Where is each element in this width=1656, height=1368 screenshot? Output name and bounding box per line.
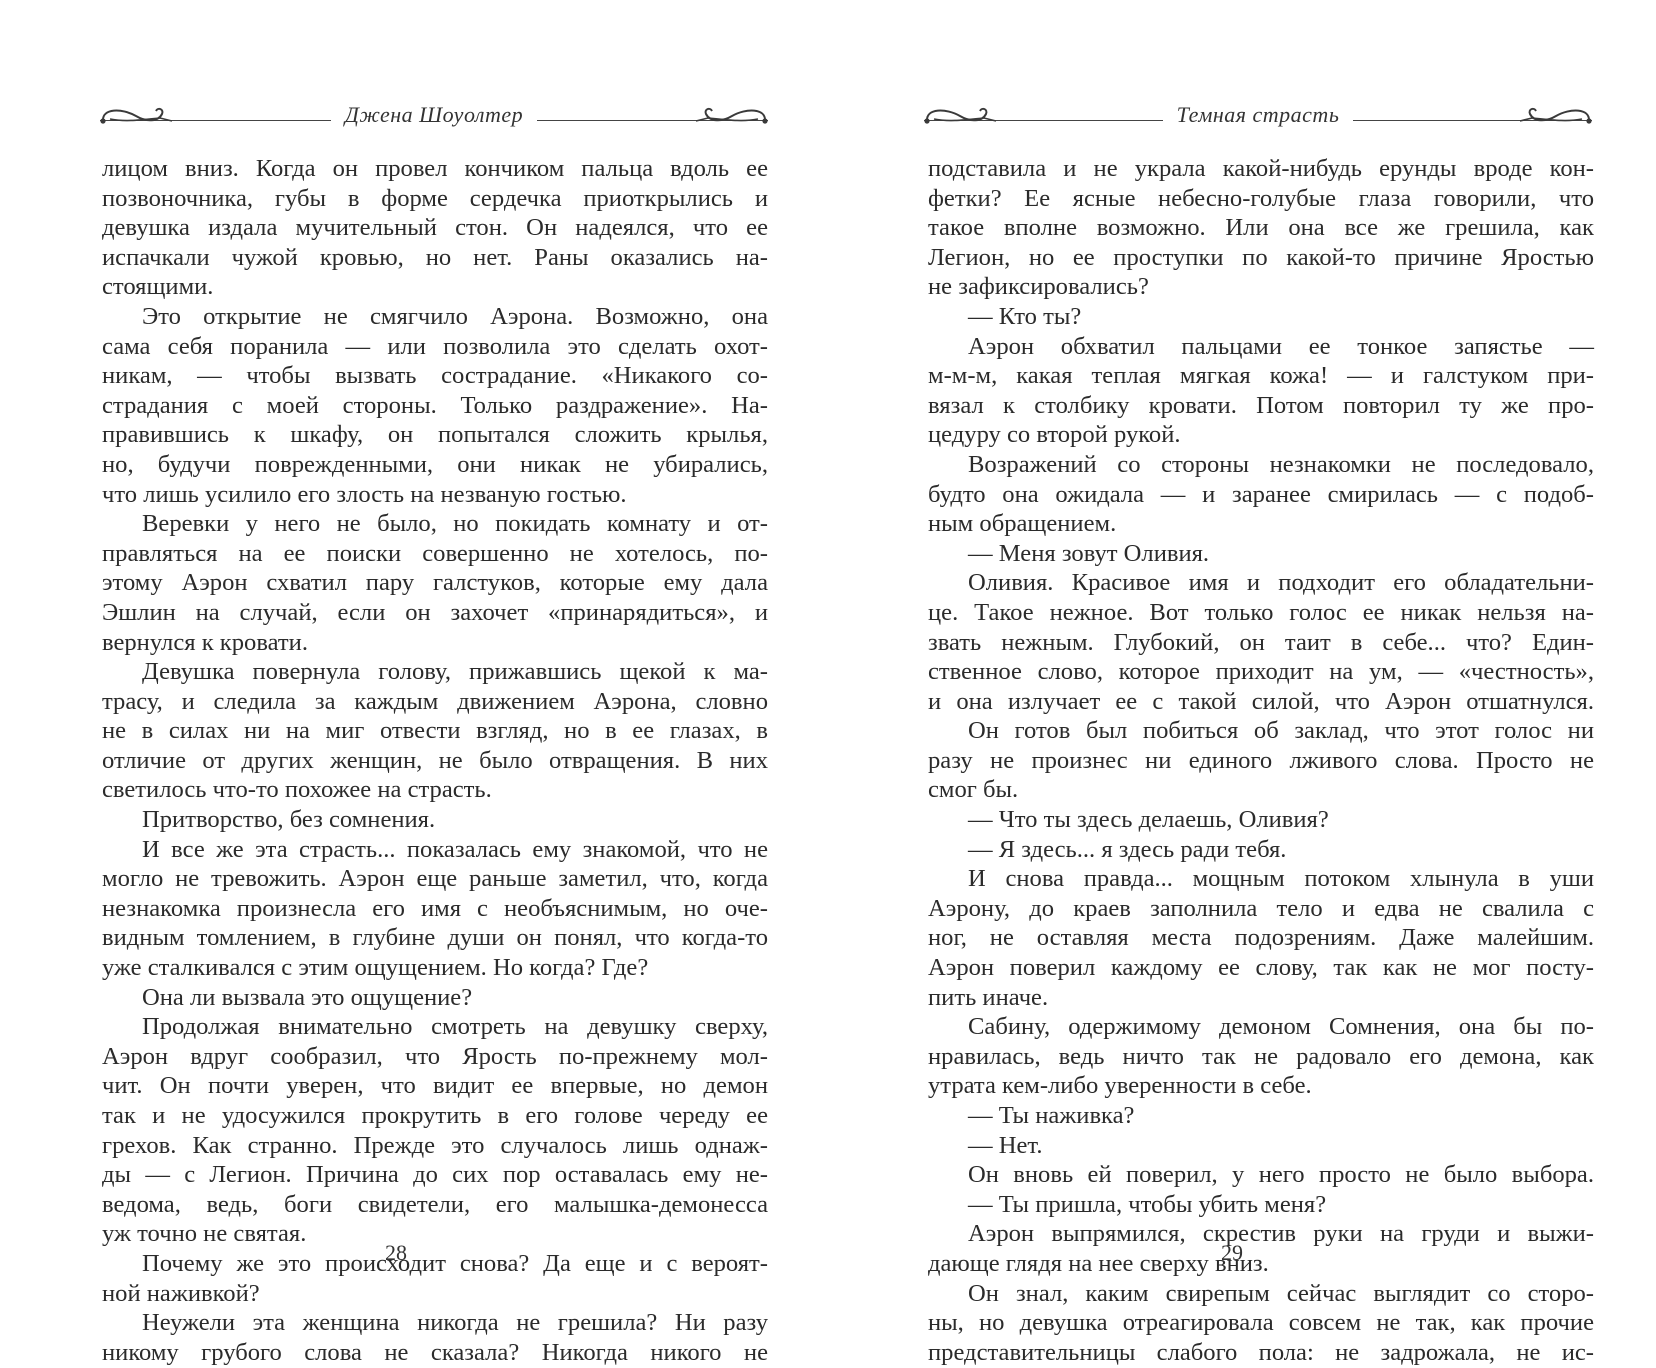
running-head: Темная страсть: [924, 96, 1592, 136]
text-line: Девушка повернула голову, прижавшись щек…: [102, 657, 768, 687]
text-line: позвоночника, губы в форме сердечка прио…: [102, 184, 768, 214]
text-line: такое вполне возможно. Или она все же гр…: [928, 213, 1594, 243]
text-line: видным томлением, в глубине души он поня…: [102, 923, 768, 953]
text-line: этому Аэрон схватил пару галстуков, кото…: [102, 568, 768, 598]
text-line: Аэрон обхватил пальцами ее тонкое запяст…: [928, 332, 1594, 362]
text-line: Оливия. Красивое имя и подходит его обла…: [928, 568, 1594, 598]
text-line: уже сталкивался с этим ощущением. Но ког…: [102, 953, 768, 983]
text-line: м-м-м, какая теплая мягкая кожа! — и гал…: [928, 361, 1594, 391]
text-line: отличие от других женщин, не было отвращ…: [102, 746, 768, 776]
text-line: Аэрону, до краев заполнила тело и едва н…: [928, 894, 1594, 924]
text-line: пить иначе.: [928, 983, 1594, 1013]
text-line: фетки? Ее ясные небесно-голубые глаза го…: [928, 184, 1594, 214]
text-line: — Нет.: [928, 1131, 1594, 1161]
text-line: никам, — чтобы вызвать сострадание. «Ник…: [102, 361, 768, 391]
text-line: стоящими.: [102, 272, 768, 302]
text-line: Аэрон вдруг сообразил, что Ярость по-пре…: [102, 1042, 768, 1072]
text-line: — Ты пришла, чтобы убить меня?: [928, 1190, 1594, 1220]
text-line: — Ты наживка?: [928, 1101, 1594, 1131]
text-line: вязал к столбику кровати. Потом повторил…: [928, 391, 1594, 421]
text-line: ственное слово, которое приходит на ум, …: [928, 657, 1594, 687]
text-line: и она излучает ее с такой силой, что Аэр…: [928, 687, 1594, 717]
text-line: Он вновь ей поверил, у него просто не бы…: [928, 1160, 1594, 1190]
text-line: утрата кем-либо уверенности в себе.: [928, 1071, 1594, 1101]
running-head: Джена Шоуолтер: [100, 96, 768, 136]
text-line: И снова правда... мощным потоком хлынула…: [928, 864, 1594, 894]
text-line: ной наживкой?: [102, 1279, 768, 1309]
text-line: так и не удосужился прокрутить в его гол…: [102, 1101, 768, 1131]
text-line: це. Такое нежное. Вот только голос ее ни…: [928, 598, 1594, 628]
text-line: трасу, и следила за каждым движением Аэр…: [102, 687, 768, 717]
text-line: правившись к шкафу, он попытался сложить…: [102, 420, 768, 450]
text-line: будто она ожидала — и заранее смирилась …: [928, 480, 1594, 510]
text-line: — Меня зовут Оливия.: [928, 539, 1594, 569]
left-page: Джена Шоуолтер лицом вниз. Когда он пров…: [0, 0, 828, 1368]
text-line: чит. Он почти уверен, что видит ее вперв…: [102, 1071, 768, 1101]
text-line: Он готов был побиться об заклад, что это…: [928, 716, 1594, 746]
text-line: Неужели эта женщина никогда не грешила? …: [102, 1308, 768, 1338]
text-line: представительницы слабого пола: не задро…: [928, 1338, 1594, 1368]
body-text: подставила и не украла какой-нибудь ерун…: [928, 154, 1594, 1367]
text-line: Притворство, без сомнения.: [102, 805, 768, 835]
text-line: страдания с моей стороны. Только раздраж…: [102, 391, 768, 421]
text-line: лицом вниз. Когда он провел кончиком пал…: [102, 154, 768, 184]
text-line: девушка издала мучительный стон. Он наде…: [102, 213, 768, 243]
body-text: лицом вниз. Когда он провел кончиком пал…: [102, 154, 768, 1367]
text-line: светилось что-то похожее на страсть.: [102, 775, 768, 805]
text-line: вернулся к кровати.: [102, 628, 768, 658]
page-number: 28: [0, 1240, 810, 1266]
text-line: цедуру со второй рукой.: [928, 420, 1594, 450]
text-line: не в силах ни на миг отвести взгляд, но …: [102, 716, 768, 746]
right-page: Темная страсть подставила и не украла ка…: [828, 0, 1656, 1368]
text-line: Она ли вызвала это ощущение?: [102, 983, 768, 1013]
text-line: Веревки у него не было, но покидать комн…: [102, 509, 768, 539]
text-line: никому грубого слова не сказала? Никогда…: [102, 1338, 768, 1368]
text-line: ным обращением.: [928, 509, 1594, 539]
running-head-title: Темная страсть: [1163, 102, 1354, 127]
text-line: не зафиксировались?: [928, 272, 1594, 302]
text-line: Возражений со стороны незнакомки не посл…: [928, 450, 1594, 480]
text-line: могло не тревожить. Аэрон еще раньше зам…: [102, 864, 768, 894]
text-line: что лишь усилило его злость на незваную …: [102, 480, 768, 510]
text-line: но, будучи поврежденными, они никак не у…: [102, 450, 768, 480]
text-line: грехов. Как странно. Прежде это случалос…: [102, 1131, 768, 1161]
text-line: ведома, ведь, боги свидетели, его малышк…: [102, 1190, 768, 1220]
text-line: незнакомка произнесла его имя с необъясн…: [102, 894, 768, 924]
text-line: — Я здесь... я здесь ради тебя.: [928, 835, 1594, 865]
text-line: Аэрон поверил каждому ее слову, так как …: [928, 953, 1594, 983]
text-line: Он знал, каким свирепым сейчас выглядит …: [928, 1279, 1594, 1309]
text-line: разу не произнес ни единого лживого слов…: [928, 746, 1594, 776]
text-line: — Кто ты?: [928, 302, 1594, 332]
text-line: Эшлин на случай, если он захочет «принар…: [102, 598, 768, 628]
text-line: Это открытие не смягчило Аэрона. Возможн…: [102, 302, 768, 332]
text-line: испачкали чужой кровью, но нет. Раны ока…: [102, 243, 768, 273]
text-line: Продолжая внимательно смотреть на девушк…: [102, 1012, 768, 1042]
text-line: ны, но девушка отреагировала совсем не т…: [928, 1308, 1594, 1338]
text-line: ды — с Легион. Причина до сих пор остава…: [102, 1160, 768, 1190]
text-line: Сабину, одержимому демоном Сомнения, она…: [928, 1012, 1594, 1042]
text-line: — Что ты здесь делаешь, Оливия?: [928, 805, 1594, 835]
text-line: подставила и не украла какой-нибудь ерун…: [928, 154, 1594, 184]
running-head-title: Джена Шоуолтер: [331, 102, 537, 127]
text-line: Легион, но ее проступки по какой-то прич…: [928, 243, 1594, 273]
text-line: смог бы.: [928, 775, 1594, 805]
text-line: сама себя поранила — или позволила это с…: [102, 332, 768, 362]
text-line: ног, не оставляя места подозрениям. Даже…: [928, 923, 1594, 953]
text-line: И все же эта страсть... показалась ему з…: [102, 835, 768, 865]
text-line: нравилась, ведь ничто так не радовало ег…: [928, 1042, 1594, 1072]
text-line: звать нежным. Глубокий, он таит в себе..…: [928, 628, 1594, 658]
text-line: правляться на ее поиски совершенно не хо…: [102, 539, 768, 569]
page-number: 29: [818, 1240, 1646, 1266]
